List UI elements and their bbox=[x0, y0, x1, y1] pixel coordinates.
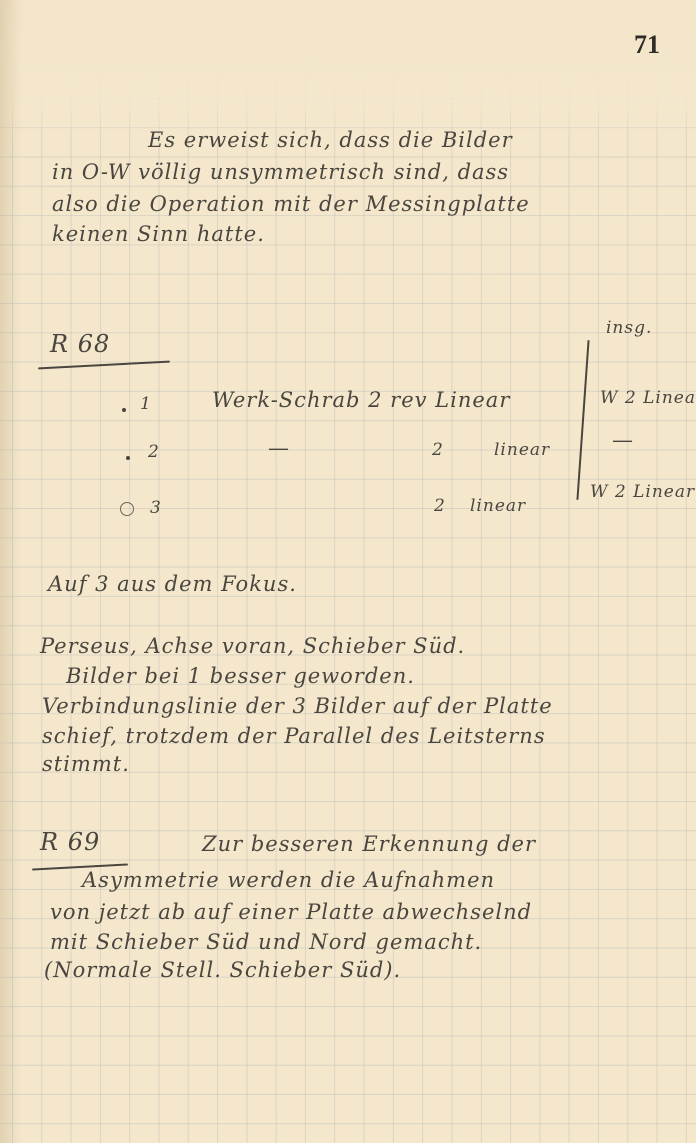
row2-side-value: — bbox=[612, 428, 634, 452]
r68-label: R 68 bbox=[50, 330, 110, 358]
row2-description: — bbox=[268, 436, 290, 460]
intro-line-2: in O-W völlig unsymmetrisch sind, dass bbox=[52, 160, 509, 184]
row1-dot bbox=[122, 408, 126, 412]
intro-line-1: Es erweist sich, dass die Bilder bbox=[148, 128, 513, 152]
row2-dot bbox=[126, 456, 130, 460]
r69-line-2: Asymmetrie werden die Aufnahmen bbox=[82, 868, 495, 892]
note-line-5: schief, trotzdem der Parallel des Leitst… bbox=[42, 724, 546, 748]
row3-unit: linear bbox=[470, 496, 526, 516]
intro-line-4: keinen Sinn hatte. bbox=[52, 222, 265, 246]
r68-underline bbox=[38, 361, 170, 370]
row1-description: Werk-Schrab 2 rev Linear bbox=[212, 388, 510, 412]
note-line-6: stimmt. bbox=[42, 752, 130, 776]
r69-line-4: mit Schieber Süd und Nord gemacht. bbox=[50, 930, 482, 954]
r69-line-3: von jetzt ab auf einer Platte abwechseln… bbox=[50, 900, 532, 924]
row1-number: 1 bbox=[140, 394, 152, 414]
notebook-page: 71 Es erweist sich, dass die Bilder in O… bbox=[0, 0, 696, 1143]
note-line-3: Bilder bei 1 besser geworden. bbox=[66, 664, 415, 688]
row3-number: 3 bbox=[150, 498, 162, 518]
r69-line-5: (Normale Stell. Schieber Süd). bbox=[44, 958, 401, 982]
r69-label: R 69 bbox=[40, 828, 100, 856]
row3-circle-mark bbox=[120, 502, 134, 516]
r68-side-header: insg. bbox=[606, 318, 652, 338]
row2-number: 2 bbox=[148, 442, 160, 462]
note-line-4: Verbindungslinie der 3 Bilder auf der Pl… bbox=[42, 694, 553, 718]
note-line-1: Auf 3 aus dem Fokus. bbox=[48, 572, 297, 596]
intro-line-3: also die Operation mit der Messingplatte bbox=[52, 192, 530, 216]
row2-count: 2 bbox=[432, 440, 444, 460]
row3-count: 2 bbox=[434, 496, 446, 516]
note-line-2: Perseus, Achse voran, Schieber Süd. bbox=[40, 634, 465, 658]
page-number: 71 bbox=[634, 30, 660, 60]
r69-line-1: Zur besseren Erkennung der bbox=[202, 832, 536, 856]
row2-unit: linear bbox=[494, 440, 550, 460]
row1-side-value: W 2 Linear bbox=[600, 388, 696, 408]
r68-bracket-line bbox=[576, 340, 589, 500]
row3-side-value: W 2 Linear bbox=[590, 482, 695, 502]
